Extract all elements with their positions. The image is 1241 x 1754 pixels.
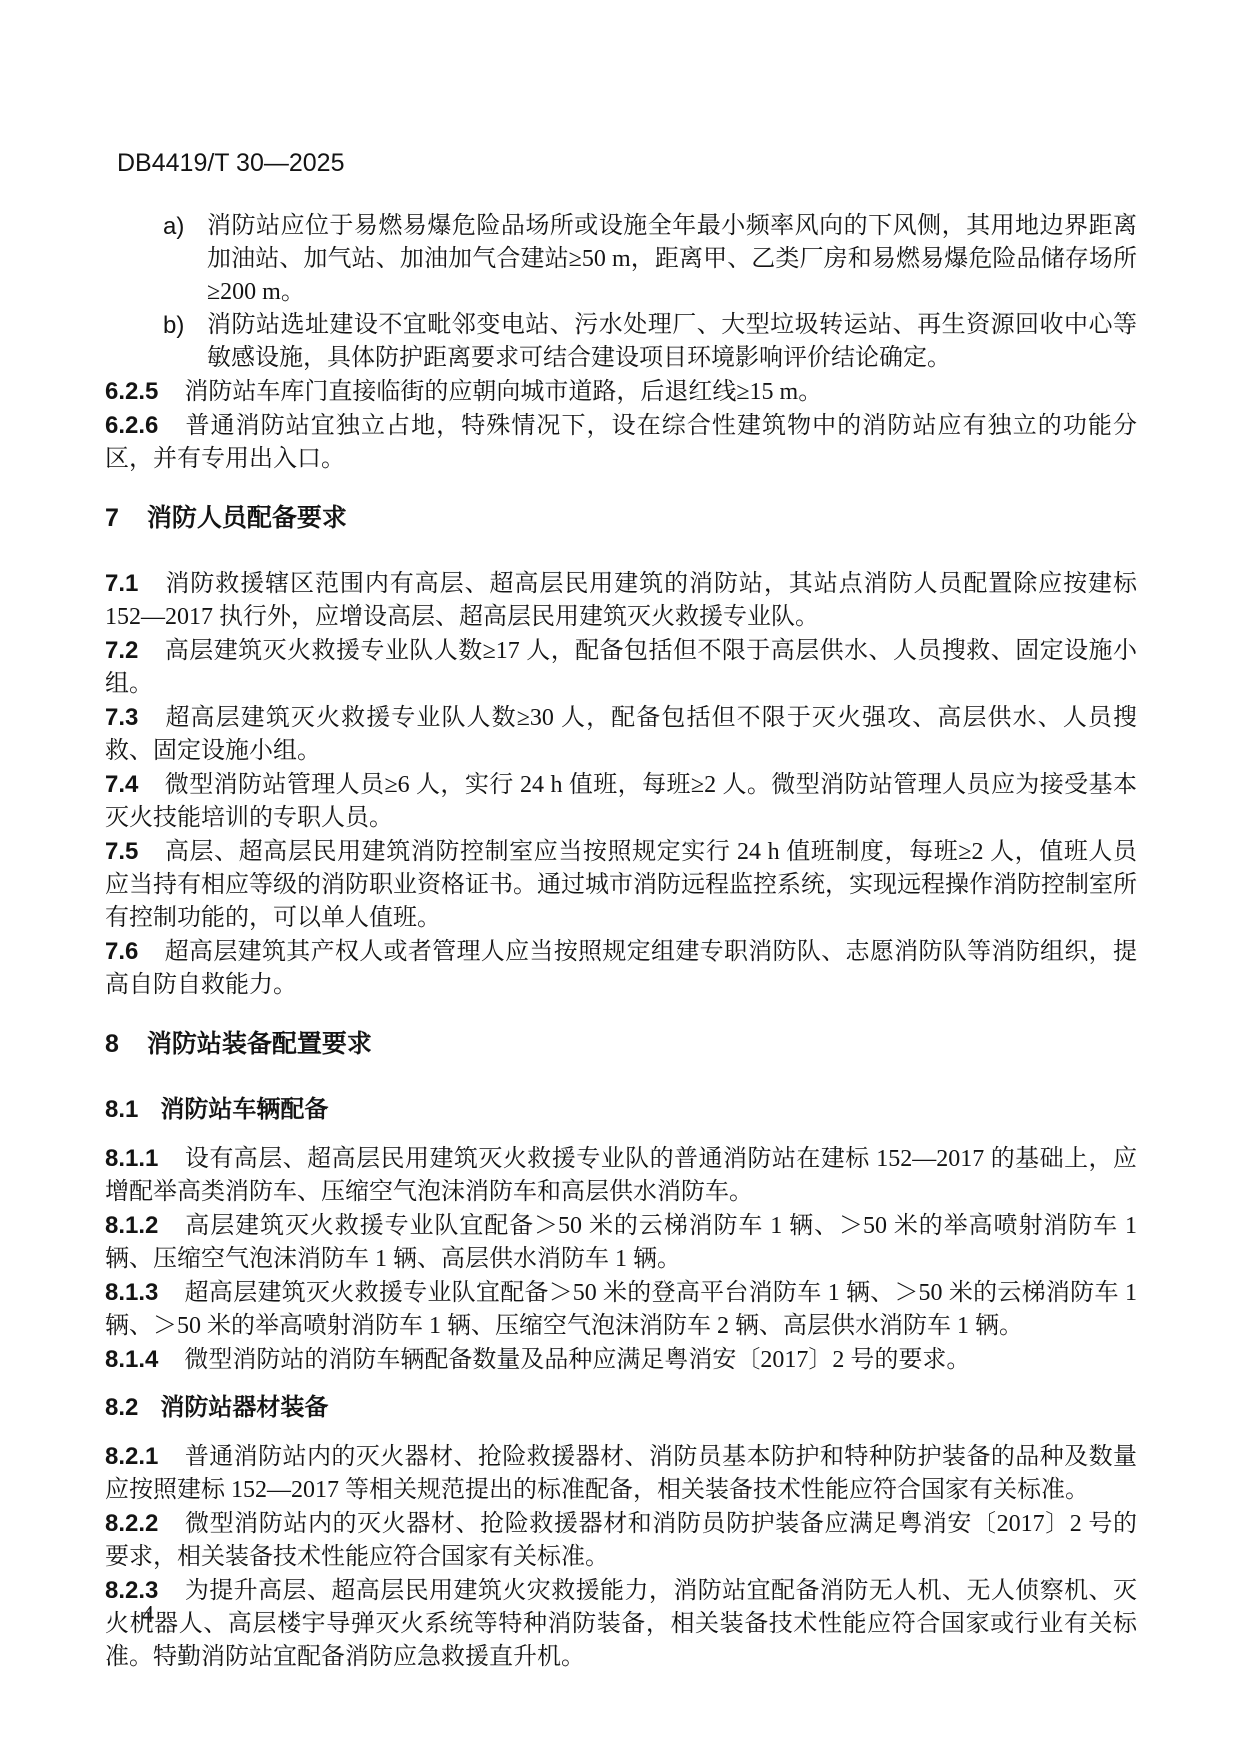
clause-number: 8.2.1 [105,1443,158,1470]
clause-text: 为提升高层、超高层民用建筑火灾救援能力，消防站宜配备消防无人机、无人侦察机、灭火… [105,1578,1137,1670]
section-title: 消防人员配备要求 [147,504,347,532]
clause-7-1: 7.1消防救援辖区范围内有高层、超高层民用建筑的消防站，其站点消防人员配置除应按… [105,567,1137,634]
clause-8-1-4: 8.1.4微型消防站的消防车辆配备数量及品种应满足粤消安〔2017〕2 号的要求… [105,1343,1137,1377]
section-title: 消防站装备配置要求 [147,1030,372,1058]
clause-text: 设有高层、超高层民用建筑灭火救援专业队的普通消防站在建标 152—2017 的基… [105,1146,1137,1205]
clause-7-6: 7.6超高层建筑其产权人或者管理人应当按照规定组建专职消防队、志愿消防队等消防组… [105,935,1137,1002]
clause-text: 普通消防站宜独立占地，特殊情况下，设在综合性建筑物中的消防站应有独立的功能分区，… [105,413,1137,472]
section-number: 7 [105,504,119,532]
list-item-label: a) [163,210,207,309]
section-title: 消防站车辆配备 [160,1096,328,1123]
section-number: 8.2 [105,1394,138,1421]
clause-number: 8.1.3 [105,1279,158,1306]
clause-text: 消防救援辖区范围内有高层、超高层民用建筑的消防站，其站点消防人员配置除应按建标 … [105,571,1137,630]
clause-7-2: 7.2高层建筑灭火救援专业队人数≥17 人，配备包括但不限于高层供水、人员搜救、… [105,634,1137,701]
list-item-text: 消防站选址建设不宜毗邻变电站、污水处理厂、大型垃圾转运站、再生资源回收中心等敏感… [207,309,1137,375]
clause-text: 微型消防站管理人员≥6 人，实行 24 h 值班，每班≥2 人。微型消防站管理人… [105,772,1137,831]
clause-number: 7.3 [105,704,138,731]
clause-8-1-3: 8.1.3超高层建筑灭火救援专业队宜配备＞50 米的登高平台消防车 1 辆、＞5… [105,1276,1137,1343]
clause-text: 普通消防站内的灭火器材、抢险救援器材、消防员基本防护和特种防护装备的品种及数量应… [105,1444,1137,1503]
clause-number: 6.2.6 [105,412,158,439]
clause-number: 6.2.5 [105,378,158,405]
clause-number: 7.2 [105,637,138,664]
standard-code-header: DB4419/T 30—2025 [117,150,1137,176]
clause-text: 微型消防站的消防车辆配备数量及品种应满足粤消安〔2017〕2 号的要求。 [184,1347,970,1373]
clause-text: 高层、超高层民用建筑消防控制室应当按照规定实行 24 h 值班制度，每班≥2 人… [105,839,1137,931]
clause-7-5: 7.5高层、超高层民用建筑消防控制室应当按照规定实行 24 h 值班制度，每班≥… [105,835,1137,935]
clause-number: 7.1 [105,570,138,597]
clause-8-2-2: 8.2.2微型消防站内的灭火器材、抢险救援器材和消防员防护装备应满足粤消安〔20… [105,1507,1137,1574]
section-number: 8.1 [105,1096,138,1123]
list-item-label: b) [163,309,207,375]
clause-6-2-5: 6.2.5消防站车库门直接临街的应朝向城市道路，后退红线≥15 m。 [105,375,1137,409]
clause-number: 8.2.2 [105,1510,158,1537]
clause-number: 7.5 [105,838,138,865]
section-number: 8 [105,1030,119,1058]
list-item-a: a) 消防站应位于易燃易爆危险品场所或设施全年最小频率风向的下风侧，其用地边界距… [163,210,1137,309]
clause-text: 微型消防站内的灭火器材、抢险救援器材和消防员防护装备应满足粤消安〔2017〕2 … [105,1511,1137,1570]
clause-text: 高层建筑灭火救援专业队人数≥17 人，配备包括但不限于高层供水、人员搜救、固定设… [105,638,1137,697]
page-number: 4 [142,1600,154,1630]
clause-8-1-1: 8.1.1设有高层、超高层民用建筑灭火救援专业队的普通消防站在建标 152—20… [105,1142,1137,1209]
section-title: 消防站器材装备 [160,1394,328,1421]
section-8-heading: 8消防站装备配置要求 [105,1028,1137,1061]
clause-7-3: 7.3超高层建筑灭火救援专业队人数≥30 人，配备包括但不限于灭火强攻、高层供水… [105,701,1137,768]
clause-6-2-6: 6.2.6普通消防站宜独立占地，特殊情况下，设在综合性建筑物中的消防站应有独立的… [105,409,1137,476]
clause-text: 超高层建筑灭火救援专业队人数≥30 人，配备包括但不限于灭火强攻、高层供水、人员… [105,705,1137,764]
clause-8-1-2: 8.1.2高层建筑灭火救援专业队宜配备＞50 米的云梯消防车 1 辆、＞50 米… [105,1209,1137,1276]
document-page: DB4419/T 30—2025 a) 消防站应位于易燃易爆危险品场所或设施全年… [0,0,1241,1754]
list-item-text: 消防站应位于易燃易爆危险品场所或设施全年最小频率风向的下风侧，其用地边界距离加油… [207,210,1137,309]
list-item-b: b) 消防站选址建设不宜毗邻变电站、污水处理厂、大型垃圾转运站、再生资源回收中心… [163,309,1137,375]
clause-number: 7.4 [105,771,138,798]
clause-text: 高层建筑灭火救援专业队宜配备＞50 米的云梯消防车 1 辆、＞50 米的举高喷射… [105,1213,1137,1272]
section-7-heading: 7消防人员配备要求 [105,502,1137,535]
clause-8-2-3: 8.2.3为提升高层、超高层民用建筑火灾救援能力，消防站宜配备消防无人机、无人侦… [105,1574,1137,1674]
clause-number: 8.1.1 [105,1145,158,1172]
clause-number: 7.6 [105,938,138,965]
clause-text: 超高层建筑灭火救援专业队宜配备＞50 米的登高平台消防车 1 辆、＞50 米的云… [105,1280,1137,1339]
clause-7-4: 7.4微型消防站管理人员≥6 人，实行 24 h 值班，每班≥2 人。微型消防站… [105,768,1137,835]
clause-number: 8.1.4 [105,1346,158,1373]
clause-text: 消防站车库门直接临街的应朝向城市道路，后退红线≥15 m。 [184,379,822,405]
clause-text: 超高层建筑其产权人或者管理人应当按照规定组建专职消防队、志愿消防队等消防组织，提… [105,939,1137,998]
section-8-2-heading: 8.2消防站器材装备 [105,1391,1137,1424]
clause-8-2-1: 8.2.1普通消防站内的灭火器材、抢险救援器材、消防员基本防护和特种防护装备的品… [105,1440,1137,1507]
page-content: DB4419/T 30—2025 a) 消防站应位于易燃易爆危险品场所或设施全年… [105,150,1137,1674]
clause-number: 8.1.2 [105,1212,158,1239]
section-8-1-heading: 8.1消防站车辆配备 [105,1093,1137,1126]
